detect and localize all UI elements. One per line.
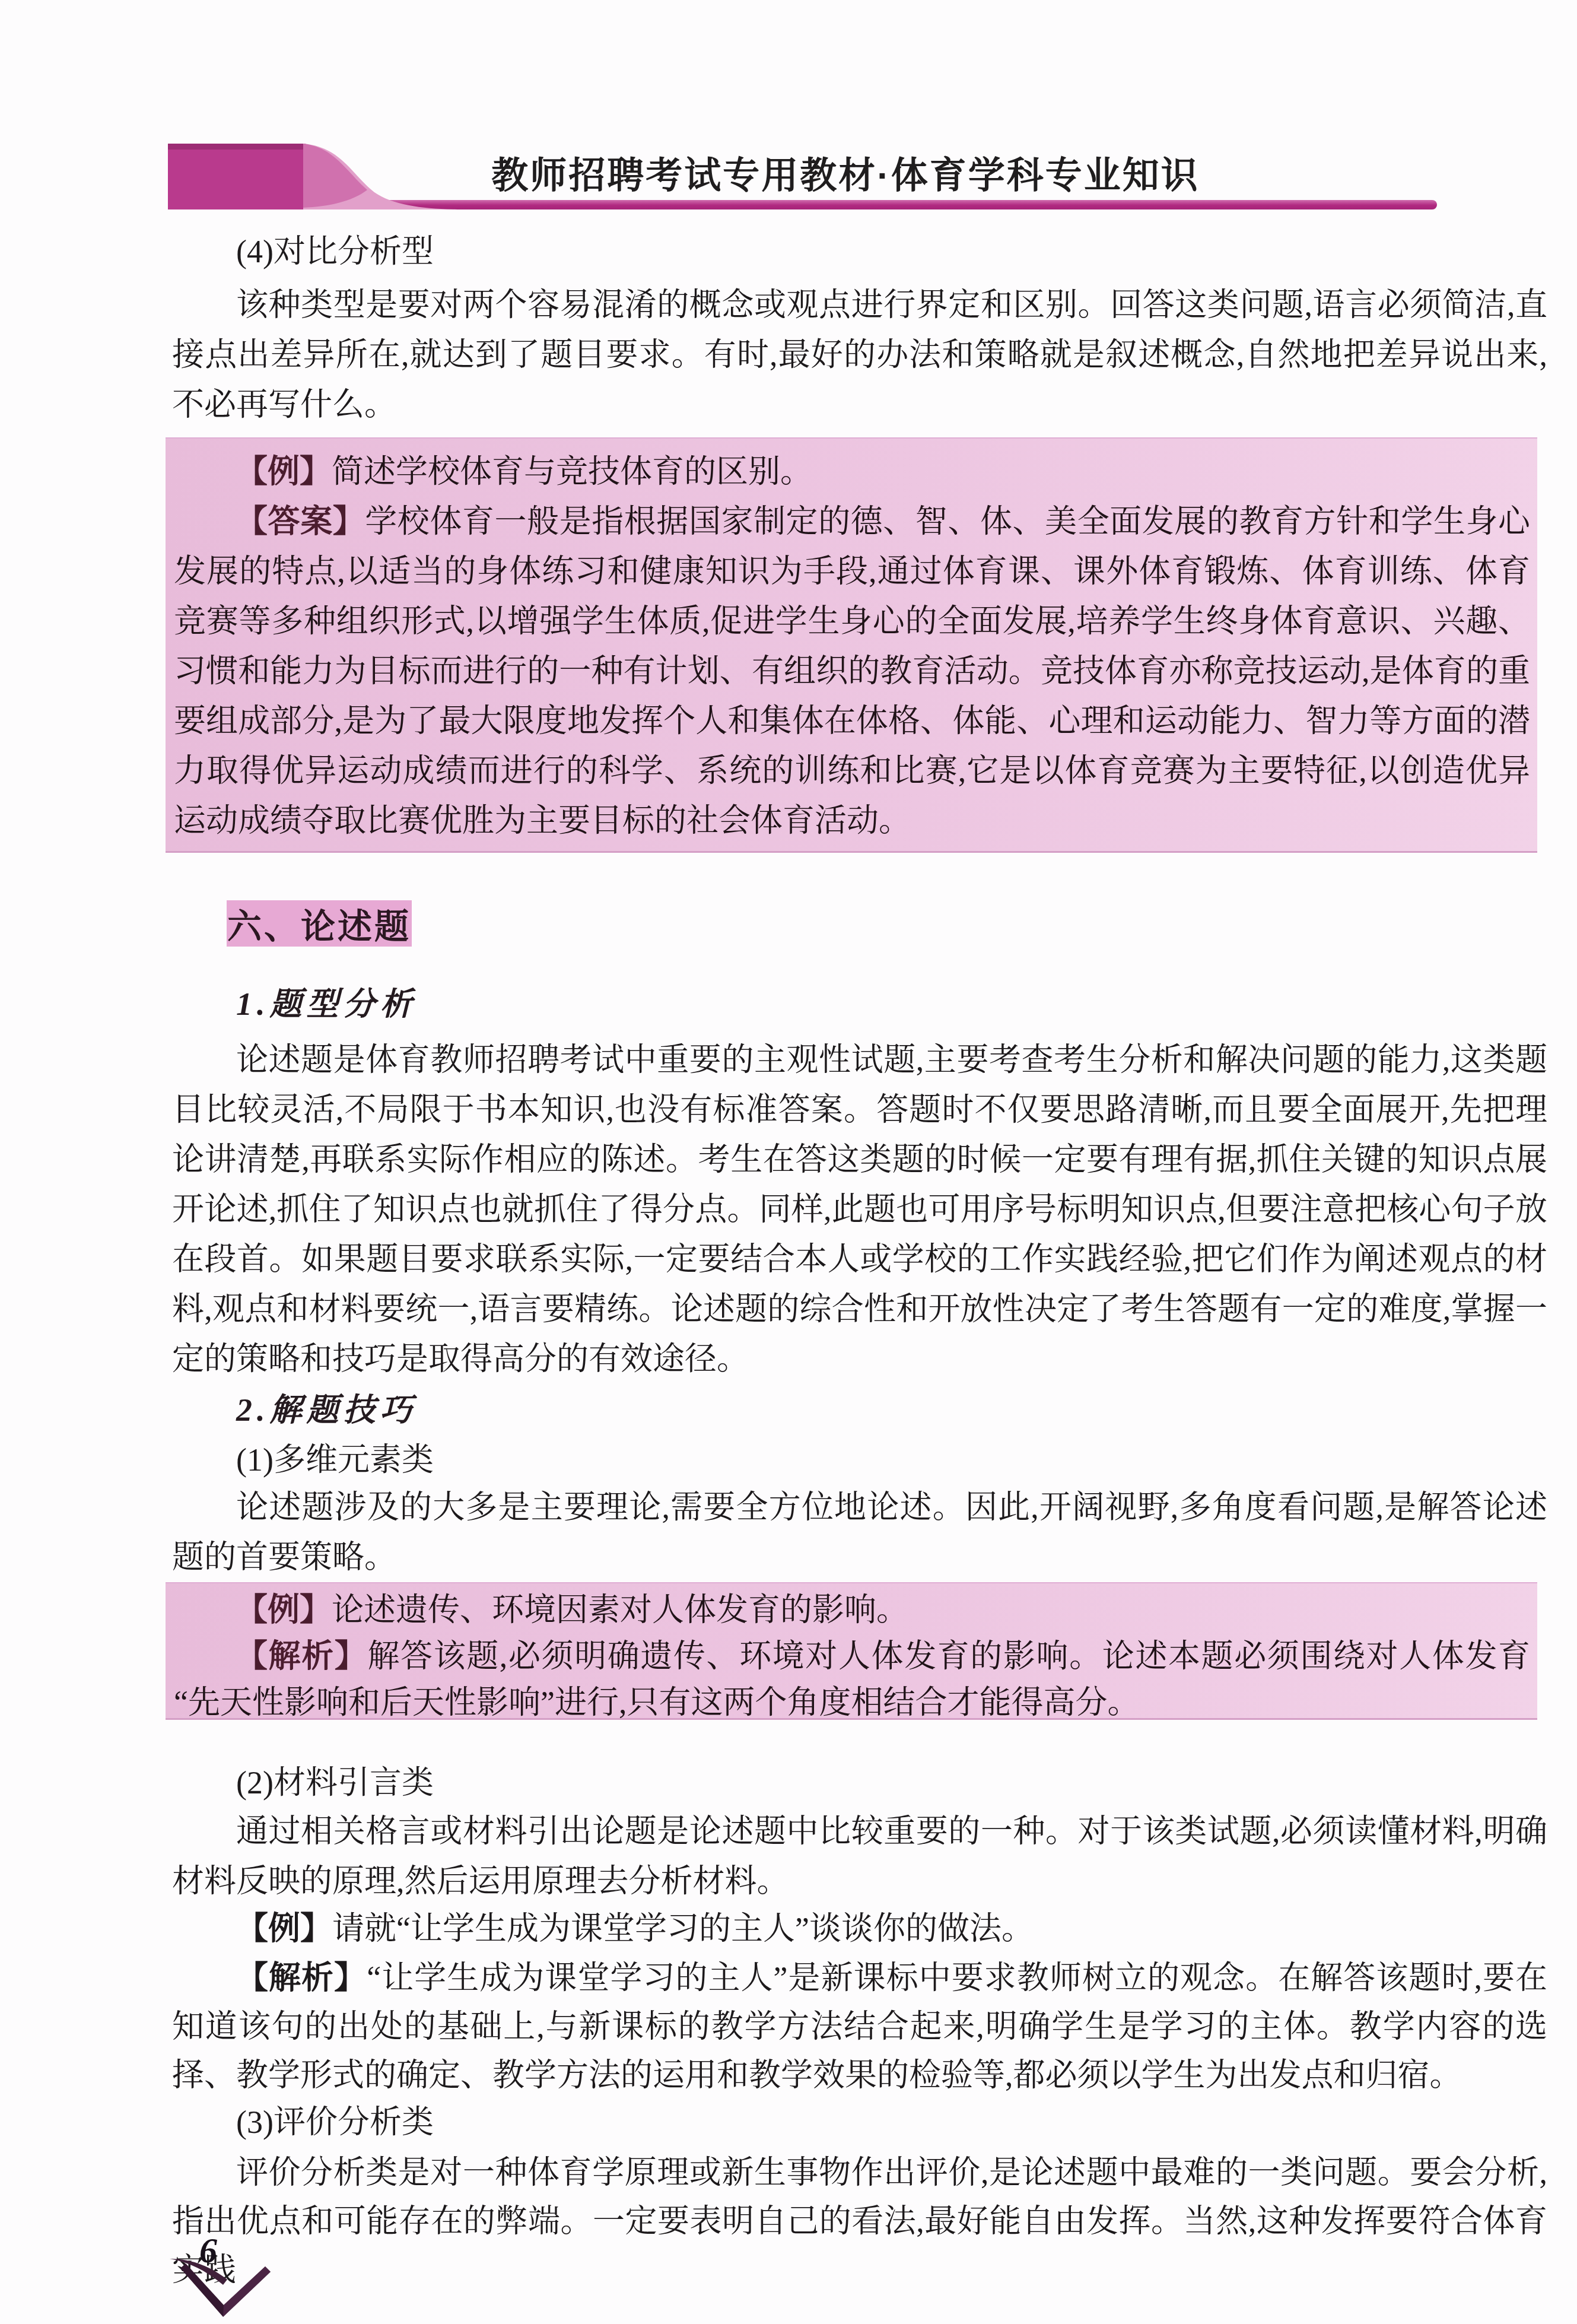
analysis-text: 解答该题,必须明确遗传、环境对人体发育的影响。论述本题必须围绕对人体发育“先天性… bbox=[174, 1639, 1530, 1720]
example-line: 【例】简述学校体育与竞技体育的区别。 bbox=[174, 447, 1530, 497]
answer-label: 【答案】 bbox=[236, 504, 365, 539]
subtype-heading-4: (4)对比分析型 bbox=[172, 233, 1547, 271]
analysis-paragraph: 【解析】解答该题,必须明确遗传、环境对人体发育的影响。论述本题必须围绕对人体发育… bbox=[174, 1633, 1530, 1726]
type-2-example-line: 【例】请就“让学生成为课堂学习的主人”谈谈你的做法。 bbox=[172, 1904, 1547, 1954]
section-heading-text: 六、论述题 bbox=[227, 899, 411, 948]
type-2-paragraph: 通过相关格言或材料引出论题是论述题中比较重要的一种。对于该类试题,必须读懂材料,… bbox=[172, 1807, 1547, 1906]
type-3-paragraph: 评价分析类是对一种体育学原理或新生事物作出评价,是论述题中最难的一类问题。要会分… bbox=[172, 2148, 1547, 2294]
sub-heading-solving-skills: 2.解题技巧 bbox=[172, 1391, 1547, 1429]
answer-text: 学校体育一般是指根据国家制定的德、智、体、美全面发展的教育方针和学生身心发展的特… bbox=[174, 504, 1530, 839]
textbook-page: 教师招聘考试专用教材·体育学科专业知识 (4)对比分析型 该种类型是要对两个容易… bbox=[0, 0, 1577, 2324]
section-heading-essay-questions: 六、论述题 bbox=[227, 900, 412, 947]
example-box-school-vs-competitive: 【例】简述学校体育与竞技体育的区别。 【答案】学校体育一般是指根据国家制定的德、… bbox=[166, 437, 1537, 853]
type-1-heading: (1)多维元素类 bbox=[172, 1441, 1547, 1479]
example-label: 【例】 bbox=[236, 1592, 332, 1628]
example-text: 论述遗传、环境因素对人体发育的影响。 bbox=[332, 1592, 908, 1628]
analysis-label: 【解析】 bbox=[236, 1960, 367, 1996]
example-line: 【例】论述遗传、环境因素对人体发育的影响。 bbox=[174, 1587, 1530, 1633]
bird-swoosh-icon bbox=[164, 2250, 300, 2322]
example-label: 【例】 bbox=[236, 454, 332, 490]
sub-heading-question-type-analysis: 1.题型分析 bbox=[172, 985, 1547, 1023]
analysis-label: 【解析】 bbox=[236, 1639, 367, 1674]
answer-paragraph: 【答案】学校体育一般是指根据国家制定的德、智、体、美全面发展的教育方针和学生身心… bbox=[174, 497, 1530, 846]
example-text: 请就“让学生成为课堂学习的主人”谈谈你的做法。 bbox=[332, 1911, 1034, 1947]
example-box-heredity-environment: 【例】论述遗传、环境因素对人体发育的影响。 【解析】解答该题,必须明确遗传、环境… bbox=[166, 1582, 1537, 1720]
banner-shape-svg bbox=[168, 142, 476, 211]
type-2-heading: (2)材料引言类 bbox=[172, 1764, 1547, 1802]
analysis-text: “让学生成为课堂学习的主人”是新课标中要求教师树立的观念。在解答该题时,要在知道… bbox=[172, 1960, 1547, 2093]
question-type-analysis-paragraph: 论述题是体育教师招聘考试中重要的主观性试题,主要考查考生分析和解决问题的能力,这… bbox=[172, 1035, 1547, 1384]
subtype-4-paragraph: 该种类型是要对两个容易混淆的概念或观点进行界定和区别。回答这类问题,语言必须简洁… bbox=[172, 280, 1547, 430]
type-3-heading: (3)评价分析类 bbox=[172, 2103, 1547, 2141]
type-1-paragraph: 论述题涉及的大多是主要理论,需要全方位地论述。因此,开阔视野,多角度看问题,是解… bbox=[172, 1482, 1547, 1582]
type-2-analysis-paragraph: 【解析】“让学生成为课堂学习的主人”是新课标中要求教师树立的观念。在解答该题时,… bbox=[172, 1954, 1547, 2100]
book-title: 教师招聘考试专用教材·体育学科专业知识 bbox=[445, 150, 1246, 203]
header-banner-shape bbox=[168, 142, 476, 211]
example-text: 简述学校体育与竞技体育的区别。 bbox=[332, 454, 812, 490]
example-label: 【例】 bbox=[236, 1911, 332, 1947]
